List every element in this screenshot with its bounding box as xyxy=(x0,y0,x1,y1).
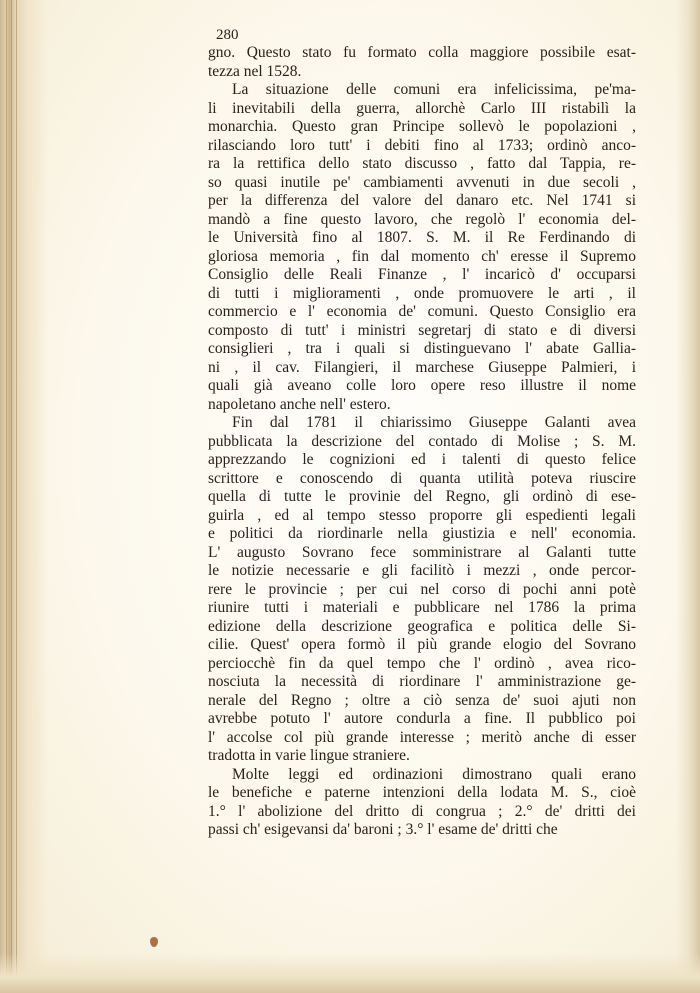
text-line: quella di tutte le provinie del Regno, g… xyxy=(208,488,636,507)
gutter-line xyxy=(11,0,12,993)
page-bottom-edge xyxy=(0,953,700,993)
gutter-line xyxy=(6,0,7,993)
text-line: rilasciando loro tutt' i debiti fino al … xyxy=(208,137,636,156)
text-line: nosciuta la necessità di riordinare l' a… xyxy=(208,673,636,692)
gutter-line xyxy=(16,0,17,993)
text-line: cilie. Quest' opera formò il più grande … xyxy=(208,636,636,655)
text-line: so quasi inutile pe' cambiamenti avvenut… xyxy=(208,174,636,193)
text-line: pubblicata la descrizione del contado di… xyxy=(208,433,636,452)
paragraph: Molte leggi ed ordinazioni dimostrano qu… xyxy=(208,766,636,840)
book-gutter xyxy=(0,0,48,993)
paragraph: gno. Questo stato fu formato colla maggi… xyxy=(208,44,636,81)
text-line: consiglieri , tra i quali si distingueva… xyxy=(208,340,636,359)
page-right-edge xyxy=(676,0,700,993)
text-line: composto di tutt' i ministri segretarj d… xyxy=(208,322,636,341)
text-line: le notizie necessarie e gli facilitò i m… xyxy=(208,562,636,581)
page-text: 280 gno. Questo stato fu formato colla m… xyxy=(208,26,636,840)
ink-stain xyxy=(150,937,158,947)
text-line: passi ch' esigevansi da' baroni ; 3.° l'… xyxy=(208,821,636,840)
text-line: perciocchè fin da quel tempo che l' ordi… xyxy=(208,655,636,674)
text-line: monarchia. Questo gran Principe sollevò … xyxy=(208,118,636,137)
book-page: 280 gno. Questo stato fu formato colla m… xyxy=(0,0,700,993)
text-line: L' augusto Sovrano fece somministrare al… xyxy=(208,544,636,563)
text-line: le Università fino al 1807. S. M. il Re … xyxy=(208,229,636,248)
text-line: napoletano anche nell' estero. xyxy=(208,396,636,415)
text-line: quali già aveano colle loro opere reso i… xyxy=(208,377,636,396)
text-line: ni , il cav. Filangieri, il marchese Giu… xyxy=(208,359,636,378)
text-line: guirla , ed al tempo stesso proporre gli… xyxy=(208,507,636,526)
text-line: l' accolse col più grande interesse ; me… xyxy=(208,729,636,748)
text-line: riunire tutti i materiali e pubblicare n… xyxy=(208,599,636,618)
page-number: 280 xyxy=(216,26,636,44)
text-line: gloriosa memoria , fin dal momento ch' e… xyxy=(208,248,636,267)
text-line: scrittore e conoscendo di quanta utilità… xyxy=(208,470,636,489)
text-line: 1.° l' abolizione del dritto di congrua … xyxy=(208,803,636,822)
text-line: tradotta in varie lingue straniere. xyxy=(208,747,636,766)
text-line: nerale del Regno ; oltre a ciò senza de'… xyxy=(208,692,636,711)
text-line: e politici da riordinarle nella giustizi… xyxy=(208,525,636,544)
text-line: La situazione delle comuni era infelicis… xyxy=(208,81,636,100)
paragraph: La situazione delle comuni era infelicis… xyxy=(208,81,636,414)
text-line: gno. Questo stato fu formato colla maggi… xyxy=(208,44,636,63)
text-line: avrebbe potuto l' autore condurla a fine… xyxy=(208,710,636,729)
text-line: li inevitabili della guerra, allorchè Ca… xyxy=(208,100,636,119)
text-line: rere le provincie ; per cui nel corso di… xyxy=(208,581,636,600)
paragraph: Fin dal 1781 il chiarissimo Giuseppe Gal… xyxy=(208,414,636,766)
text-line: tezza nel 1528. xyxy=(208,63,636,82)
text-line: Fin dal 1781 il chiarissimo Giuseppe Gal… xyxy=(208,414,636,433)
text-line: edizione della descrizione geografica e … xyxy=(208,618,636,637)
text-line: Consiglio delle Reali Finanze , l' incar… xyxy=(208,266,636,285)
text-line: apprezzando le cognizioni ed i talenti d… xyxy=(208,451,636,470)
text-line: le benefiche e paterne intenzioni della … xyxy=(208,784,636,803)
text-line: ra la rettifica dello stato discusso , f… xyxy=(208,155,636,174)
text-line: mandò a fine questo lavoro, che regolò l… xyxy=(208,211,636,230)
text-line: di tutti i miglioramenti , onde promuove… xyxy=(208,285,636,304)
text-line: per la differenza del valore del danaro … xyxy=(208,192,636,211)
text-line: commercio e l' economia de' comuni. Ques… xyxy=(208,303,636,322)
text-line: Molte leggi ed ordinazioni dimostrano qu… xyxy=(208,766,636,785)
paragraphs: gno. Questo stato fu formato colla maggi… xyxy=(208,44,636,840)
